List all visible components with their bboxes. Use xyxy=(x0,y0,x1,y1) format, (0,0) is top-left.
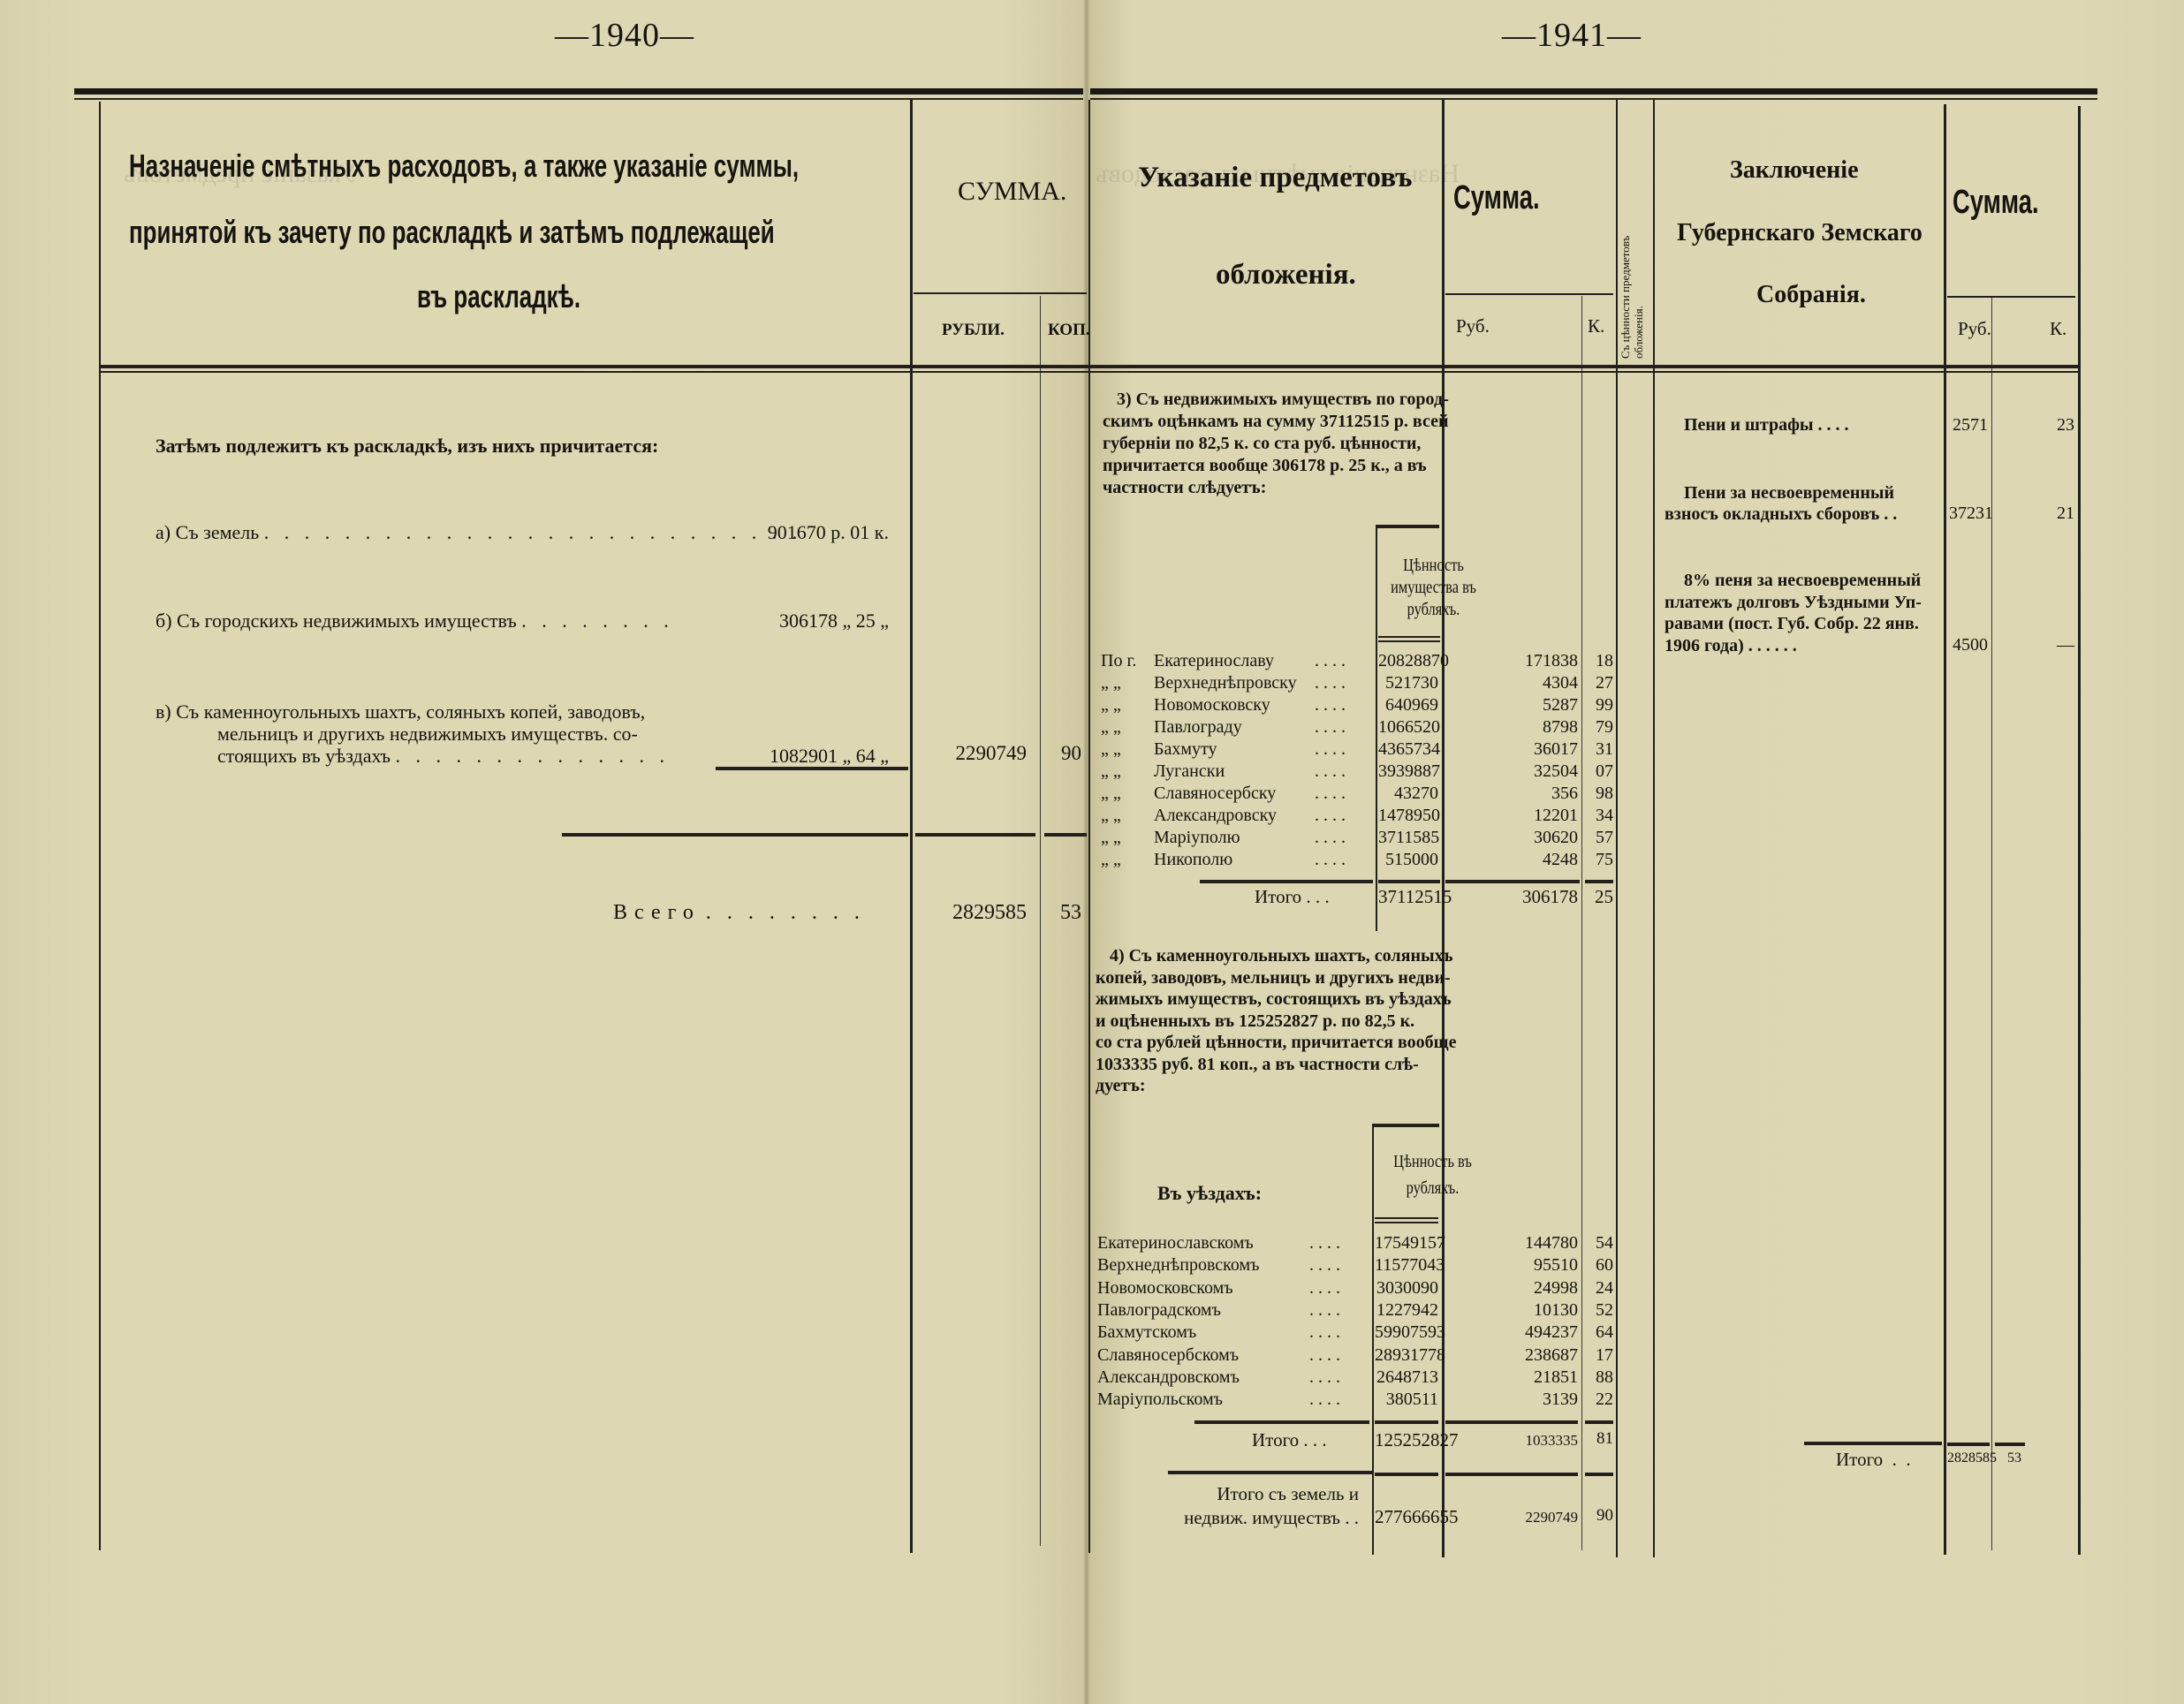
row-name: Лугански xyxy=(1154,761,1225,781)
conclusion-total-rule xyxy=(1804,1442,1942,1445)
row-rub: 4248 xyxy=(1445,850,1578,870)
table-row: Павлограду xyxy=(1154,717,1242,738)
conclusion-item: 8% пеня за несвоевременный платежъ долго… xyxy=(1665,570,1938,656)
leader-dots: . . . . xyxy=(1315,850,1346,870)
grand-total-rule xyxy=(1168,1471,1373,1474)
row-value: 3030090 xyxy=(1375,1278,1438,1299)
row-name: Новомосковскомъ xyxy=(1097,1278,1233,1298)
row-rub: 24998 xyxy=(1445,1278,1578,1299)
grand-total-value: 277666655 xyxy=(1375,1506,1438,1528)
leader-dots: . . . . xyxy=(1315,673,1346,693)
row-rub: 95510 xyxy=(1445,1255,1578,1276)
row-value: 1066520 xyxy=(1378,717,1438,738)
row-name: Славяносербску xyxy=(1154,784,1276,803)
row-name: Екатеринославскомъ xyxy=(1097,1233,1254,1253)
grand-total-rub: 2290749 xyxy=(1445,1506,1578,1526)
row-kop: 17 xyxy=(1585,1345,1613,1366)
section4-total-kop: 81 xyxy=(1585,1429,1613,1449)
row-value: 2648713 xyxy=(1375,1367,1438,1388)
leader-dots: . . . . . . . . xyxy=(521,610,674,632)
row-name: Павлоградскомъ xyxy=(1097,1300,1221,1320)
header-bottom-rule-thin xyxy=(1090,371,2078,373)
row-kop: 98 xyxy=(1585,784,1613,804)
row-value: 521730 xyxy=(1378,673,1438,693)
row-rub: 3139 xyxy=(1445,1390,1578,1410)
item-amount: 901670 р. 01 к. xyxy=(768,521,889,544)
row-value: 3939887 xyxy=(1378,761,1438,782)
districts-label: Въ уѣздахъ: xyxy=(1157,1182,1262,1205)
row-rub: 21851 xyxy=(1445,1367,1578,1388)
row-rub: 171838 xyxy=(1445,651,1578,671)
conclusion-item-kop: — xyxy=(2050,635,2074,655)
item-amount: 1082901 „ 64 „ xyxy=(770,745,889,768)
page-number: —1940— xyxy=(555,16,694,55)
objects-header: Указаніе предметовъ xyxy=(1138,162,1412,194)
row-name: Никополю xyxy=(1154,850,1232,869)
section4-description: 4) Съ каменноугольныхъ шахтъ, соляныхъ к… xyxy=(1096,945,1456,1097)
grand-total-row: Всего . . . . . . . . xyxy=(613,901,901,925)
row-kop: 64 xyxy=(1585,1322,1613,1343)
sum2-header: Сумма. xyxy=(1953,184,2039,222)
row-kop: 22 xyxy=(1585,1390,1613,1410)
row-rub: 144780 xyxy=(1445,1233,1578,1253)
section4-total-rub: 1033335 xyxy=(1445,1429,1578,1450)
row-kop: 24 xyxy=(1585,1278,1613,1299)
row-name: Славяносербскомъ xyxy=(1097,1345,1239,1365)
row-prefix: „ „ xyxy=(1101,828,1121,848)
row-value: 28931778 xyxy=(1375,1345,1438,1366)
table-row: Екатеринославу xyxy=(1154,651,1274,671)
grand-total-kop: 90 xyxy=(1585,1506,1613,1526)
grand-total-rule xyxy=(1445,1473,1578,1476)
page-number: —1941— xyxy=(1502,16,1642,55)
row-value: 515000 xyxy=(1378,850,1438,870)
leader-dots: . . . . xyxy=(1315,717,1346,738)
section3-total-value: 37112515 xyxy=(1378,886,1438,908)
table-row: Бахмутскомъ xyxy=(1097,1322,1196,1343)
top-thin-rule xyxy=(74,98,1083,100)
sum-subheader-line xyxy=(914,292,1087,294)
objects-header: обложенія. xyxy=(1216,259,1356,292)
row-prefix: „ „ xyxy=(1101,695,1121,716)
row-rub: 10130 xyxy=(1445,1300,1578,1321)
row-prefix: „ „ xyxy=(1101,850,1121,870)
leader-dots: . . . . xyxy=(1309,1300,1340,1321)
row-kop: 27 xyxy=(1585,673,1613,693)
conclusion-item: Пени за несвоевременный взносъ окладныхъ… xyxy=(1665,482,1938,525)
row-kop: 79 xyxy=(1585,717,1613,738)
value-header-rule xyxy=(1378,640,1440,642)
header-bottom-rule-thin xyxy=(99,371,1088,373)
leader-dots: . . . . xyxy=(1315,695,1346,716)
row-value: 43270 xyxy=(1378,784,1438,804)
section3-total-rule xyxy=(1378,880,1440,883)
section3-total-rub: 306178 xyxy=(1445,886,1578,908)
item-label: б) Съ городскихъ недвижимыхъ имуществъ xyxy=(155,610,517,632)
leader-dots: . . . . xyxy=(1315,784,1346,804)
value-header-rule xyxy=(1375,1222,1438,1223)
conclusion-header: Заключеніе xyxy=(1730,156,1859,185)
intro-text: Затѣмъ подлежитъ къ раскладкѣ, изъ нихъ … xyxy=(155,435,658,458)
value-header-rule xyxy=(1375,1217,1438,1219)
conclusion-total-label: Итого . . xyxy=(1836,1449,1911,1471)
section3-total-kop: 25 xyxy=(1585,886,1613,908)
row-kop: 54 xyxy=(1585,1233,1613,1253)
item-label: а) Съ земель xyxy=(155,521,259,543)
column-divider-k xyxy=(1581,296,1582,1550)
table-row: Славяносербску xyxy=(1154,784,1276,804)
item-city-property: б) Съ городскихъ недвижимыхъ имуществъ .… xyxy=(155,610,889,632)
conclusion-header: Собранія. xyxy=(1756,281,1866,309)
conclusion-item-kop: 21 xyxy=(2050,504,2074,524)
conclusion-item-rub: 2571 xyxy=(1949,415,1988,435)
leader-dots: . . . . xyxy=(1309,1255,1340,1276)
kopecks-header: КОП. xyxy=(1048,321,1090,340)
header-bottom-rule xyxy=(1090,365,2078,368)
total-label: Всего xyxy=(613,901,701,924)
amounts-underline xyxy=(716,767,908,770)
row-prefix: „ „ xyxy=(1101,806,1121,826)
leader-dots: . . . . xyxy=(1315,739,1346,760)
row-value: 59907593 xyxy=(1375,1322,1438,1343)
section3-description: 3) Съ недвижимыхъ имуществъ по город- ск… xyxy=(1103,389,1449,499)
row-value: 11577043 xyxy=(1375,1255,1438,1276)
row-name: Верхнеднѣпровскомъ xyxy=(1097,1255,1260,1275)
row-name: Екатеринославу xyxy=(1154,651,1274,670)
row-name: Бахмуту xyxy=(1154,739,1217,759)
rate-header: Съ цѣнности предметовъ обложенія. xyxy=(1619,157,1645,359)
row-value: 380511 xyxy=(1375,1390,1438,1410)
table-right-border xyxy=(1088,100,1090,1553)
item-lands: а) Съ земель . . . . . . . . . . . . . .… xyxy=(155,521,889,544)
grand-total-rule xyxy=(1375,1473,1438,1476)
row-prefix: „ „ xyxy=(1101,761,1121,782)
row-name: Маріупольскомъ xyxy=(1097,1390,1223,1409)
table-row: Никополю xyxy=(1154,850,1232,870)
header-description-line: въ раскладкѣ. xyxy=(417,281,580,313)
left-page xyxy=(0,0,1088,1704)
value-box-top xyxy=(1372,1124,1439,1127)
row-prefix: „ „ xyxy=(1101,673,1121,693)
row-prefix: „ „ xyxy=(1101,784,1121,804)
row-kop: 57 xyxy=(1585,828,1613,848)
item-mines-line: в) Съ каменноугольныхъ шахтъ, соляныхъ к… xyxy=(155,701,645,723)
conclusion-total-rule xyxy=(1995,1443,2025,1446)
row-value: 640969 xyxy=(1378,695,1438,716)
table-row: Новомосковску xyxy=(1154,695,1270,716)
row-name: Верхнеднѣпровску xyxy=(1154,673,1297,693)
grand-total-label: Итого съ земель и недвиж. имуществъ . . xyxy=(1140,1482,1359,1530)
row-name: Александровскомъ xyxy=(1097,1367,1240,1387)
section3-total-rule xyxy=(1445,880,1580,883)
table-row: Славяносербскомъ xyxy=(1097,1345,1239,1366)
item-amount: 306178 „ 25 „ xyxy=(779,610,889,632)
row-rub: 8798 xyxy=(1445,717,1578,738)
table-row: Лугански xyxy=(1154,761,1225,782)
row-kop: 99 xyxy=(1585,695,1613,716)
section4-total-rule xyxy=(1585,1420,1613,1424)
column-divider-rate xyxy=(1616,100,1618,1557)
column-divider-conclusion xyxy=(1653,100,1655,1557)
table-row: Маріупольскомъ xyxy=(1097,1390,1223,1410)
row-kop: 18 xyxy=(1585,651,1613,671)
row-name: Александровску xyxy=(1154,806,1277,825)
header-description-line: Назначеніе смѣтныхъ расходовъ, а также у… xyxy=(129,150,799,182)
row-name: Маріуполю xyxy=(1154,828,1240,847)
sum2-subheader-line xyxy=(1947,296,2075,298)
subtotal-rubles: 2290749 xyxy=(919,742,1027,765)
value-header: Цѣнность имущества въ рубляхъ. xyxy=(1379,555,1488,621)
conclusion-item-rub: 4500 xyxy=(1949,635,1988,655)
value-header-rule xyxy=(1378,636,1440,638)
sum-header: СУММА. xyxy=(958,177,1066,207)
table-row: Верхнеднѣпровскомъ xyxy=(1097,1255,1260,1276)
k-header: К. xyxy=(1588,315,1604,337)
row-kop: 75 xyxy=(1585,850,1613,870)
leader-dots: . . . . . . . . . . . . . . . . . . . . … xyxy=(264,521,803,543)
row-value: 20828870 xyxy=(1378,651,1438,671)
section3-total-label: Итого . . . xyxy=(1255,886,1330,908)
total-kopecks: 53 xyxy=(1044,901,1081,925)
section3-total-rule xyxy=(1585,880,1613,883)
row-prefix: По г. xyxy=(1101,651,1136,671)
row-name: Павлограду xyxy=(1154,717,1242,737)
row-name: Новомосковску xyxy=(1154,695,1270,715)
row-kop: 07 xyxy=(1585,761,1613,782)
leader-dots: . . . . . . . . xyxy=(706,901,865,924)
column-divider-sum2 xyxy=(1944,104,1946,1555)
table-row: Александровску xyxy=(1154,806,1277,826)
total-rubles: 2829585 xyxy=(919,901,1027,925)
header-description-line: принятой къ зачету по раскладкѣ и затѣмъ… xyxy=(129,216,775,248)
leader-dots: . . . . xyxy=(1315,806,1346,826)
value-column-divider xyxy=(1372,1125,1374,1555)
conclusion-total-rule xyxy=(1947,1443,1990,1446)
section4-total-rule xyxy=(1375,1420,1438,1424)
column-divider-kopecks xyxy=(1040,296,1041,1546)
row-rub: 32504 xyxy=(1445,761,1578,782)
row-kop: 60 xyxy=(1585,1255,1613,1276)
row-value: 4365734 xyxy=(1378,739,1438,760)
total-rule xyxy=(562,833,908,837)
row-rub: 30620 xyxy=(1445,828,1578,848)
conclusion-total-kop: 53 xyxy=(1995,1450,2021,1466)
row-name: Бахмутскомъ xyxy=(1097,1322,1196,1342)
leader-dots: . . . . xyxy=(1315,651,1346,671)
top-thin-rule xyxy=(1090,98,2097,100)
table-row: Павлоградскомъ xyxy=(1097,1300,1221,1321)
table-row: Екатеринославскомъ xyxy=(1097,1233,1254,1253)
sum-header: Сумма. xyxy=(1453,179,1540,217)
rub-header: Руб. xyxy=(1456,315,1490,337)
row-value: 1227942 xyxy=(1375,1300,1438,1321)
row-kop: 52 xyxy=(1585,1300,1613,1321)
top-thick-rule xyxy=(74,88,1083,95)
item-mines-line: мельницъ и другихъ недвижимыхъ имуществъ… xyxy=(217,723,638,746)
leader-dots: . . . . xyxy=(1309,1390,1340,1410)
value-box-top xyxy=(1376,525,1439,528)
row-kop: 34 xyxy=(1585,806,1613,826)
leader-dots: . . . . xyxy=(1309,1233,1340,1253)
conclusion-item-rub: 37231 xyxy=(1949,504,1988,524)
section4-total-label: Итого . . . xyxy=(1252,1429,1327,1451)
row-prefix: „ „ xyxy=(1101,717,1121,738)
conclusion-item-kop: 23 xyxy=(2050,415,2074,435)
leader-dots: . . . . xyxy=(1309,1367,1340,1388)
section4-total-rule xyxy=(1194,1420,1369,1424)
row-rub: 494237 xyxy=(1445,1322,1578,1343)
table-row: Маріуполю xyxy=(1154,828,1240,848)
row-rub: 36017 xyxy=(1445,739,1578,760)
total-rule xyxy=(915,833,1035,837)
leader-dots: . . . . xyxy=(1309,1322,1340,1343)
leader-dots: . . . . . . . . . . . . . . xyxy=(396,745,671,767)
row-value: 3711585 xyxy=(1378,828,1438,848)
k2-header: К. xyxy=(2050,318,2066,340)
row-prefix: „ „ xyxy=(1101,739,1121,760)
value-column-divider xyxy=(1376,525,1377,931)
table-right-border xyxy=(2078,106,2081,1555)
table-row: Александровскомъ xyxy=(1097,1367,1240,1388)
leader-dots: . . . . xyxy=(1315,761,1346,782)
sum-subheader-line xyxy=(1445,293,1613,295)
table-left-border xyxy=(99,102,101,1550)
row-kop: 31 xyxy=(1585,739,1613,760)
conclusion-total-rub: 2828585 xyxy=(1947,1450,1991,1466)
rub2-header: Руб. xyxy=(1958,318,1991,340)
row-value: 17549157 xyxy=(1375,1233,1438,1253)
leader-dots: . . . . xyxy=(1309,1278,1340,1299)
rubles-header: РУБЛИ. xyxy=(942,321,1005,340)
row-rub: 238687 xyxy=(1445,1345,1578,1366)
row-rub: 356 xyxy=(1445,784,1578,804)
row-rub: 5287 xyxy=(1445,695,1578,716)
conclusion-item: Пени и штрафы . . . . xyxy=(1684,415,1849,435)
leader-dots: . . . . xyxy=(1315,828,1346,848)
table-row: Новомосковскомъ xyxy=(1097,1278,1233,1299)
section4-total-rule xyxy=(1445,1420,1578,1424)
total-rule xyxy=(1044,833,1087,837)
section4-total-value: 125252827 xyxy=(1375,1429,1438,1451)
top-thick-rule xyxy=(1090,88,2097,95)
leader-dots: . . . . xyxy=(1309,1345,1340,1366)
value-header: Цѣнность въ рубляхъ. xyxy=(1378,1148,1487,1201)
header-bottom-rule xyxy=(99,365,1088,368)
conclusion-header: Губернскаго Земскаго xyxy=(1657,219,1942,247)
column-divider-sum xyxy=(910,100,913,1553)
subtotal-kopecks: 90 xyxy=(1044,742,1081,765)
section3-total-rule xyxy=(1200,880,1373,883)
row-rub: 12201 xyxy=(1445,806,1578,826)
column-divider-k2 xyxy=(1991,296,1992,1550)
row-rub: 4304 xyxy=(1445,673,1578,693)
table-row: Бахмуту xyxy=(1154,739,1217,760)
table-row: Верхнеднѣпровску xyxy=(1154,673,1297,693)
grand-total-rule xyxy=(1585,1473,1613,1476)
item-label: стоящихъ въ уѣздахъ xyxy=(217,745,391,767)
item-mines: стоящихъ въ уѣздахъ . . . . . . . . . . … xyxy=(217,745,889,768)
row-kop: 88 xyxy=(1585,1367,1613,1388)
row-value: 1478950 xyxy=(1378,806,1438,826)
